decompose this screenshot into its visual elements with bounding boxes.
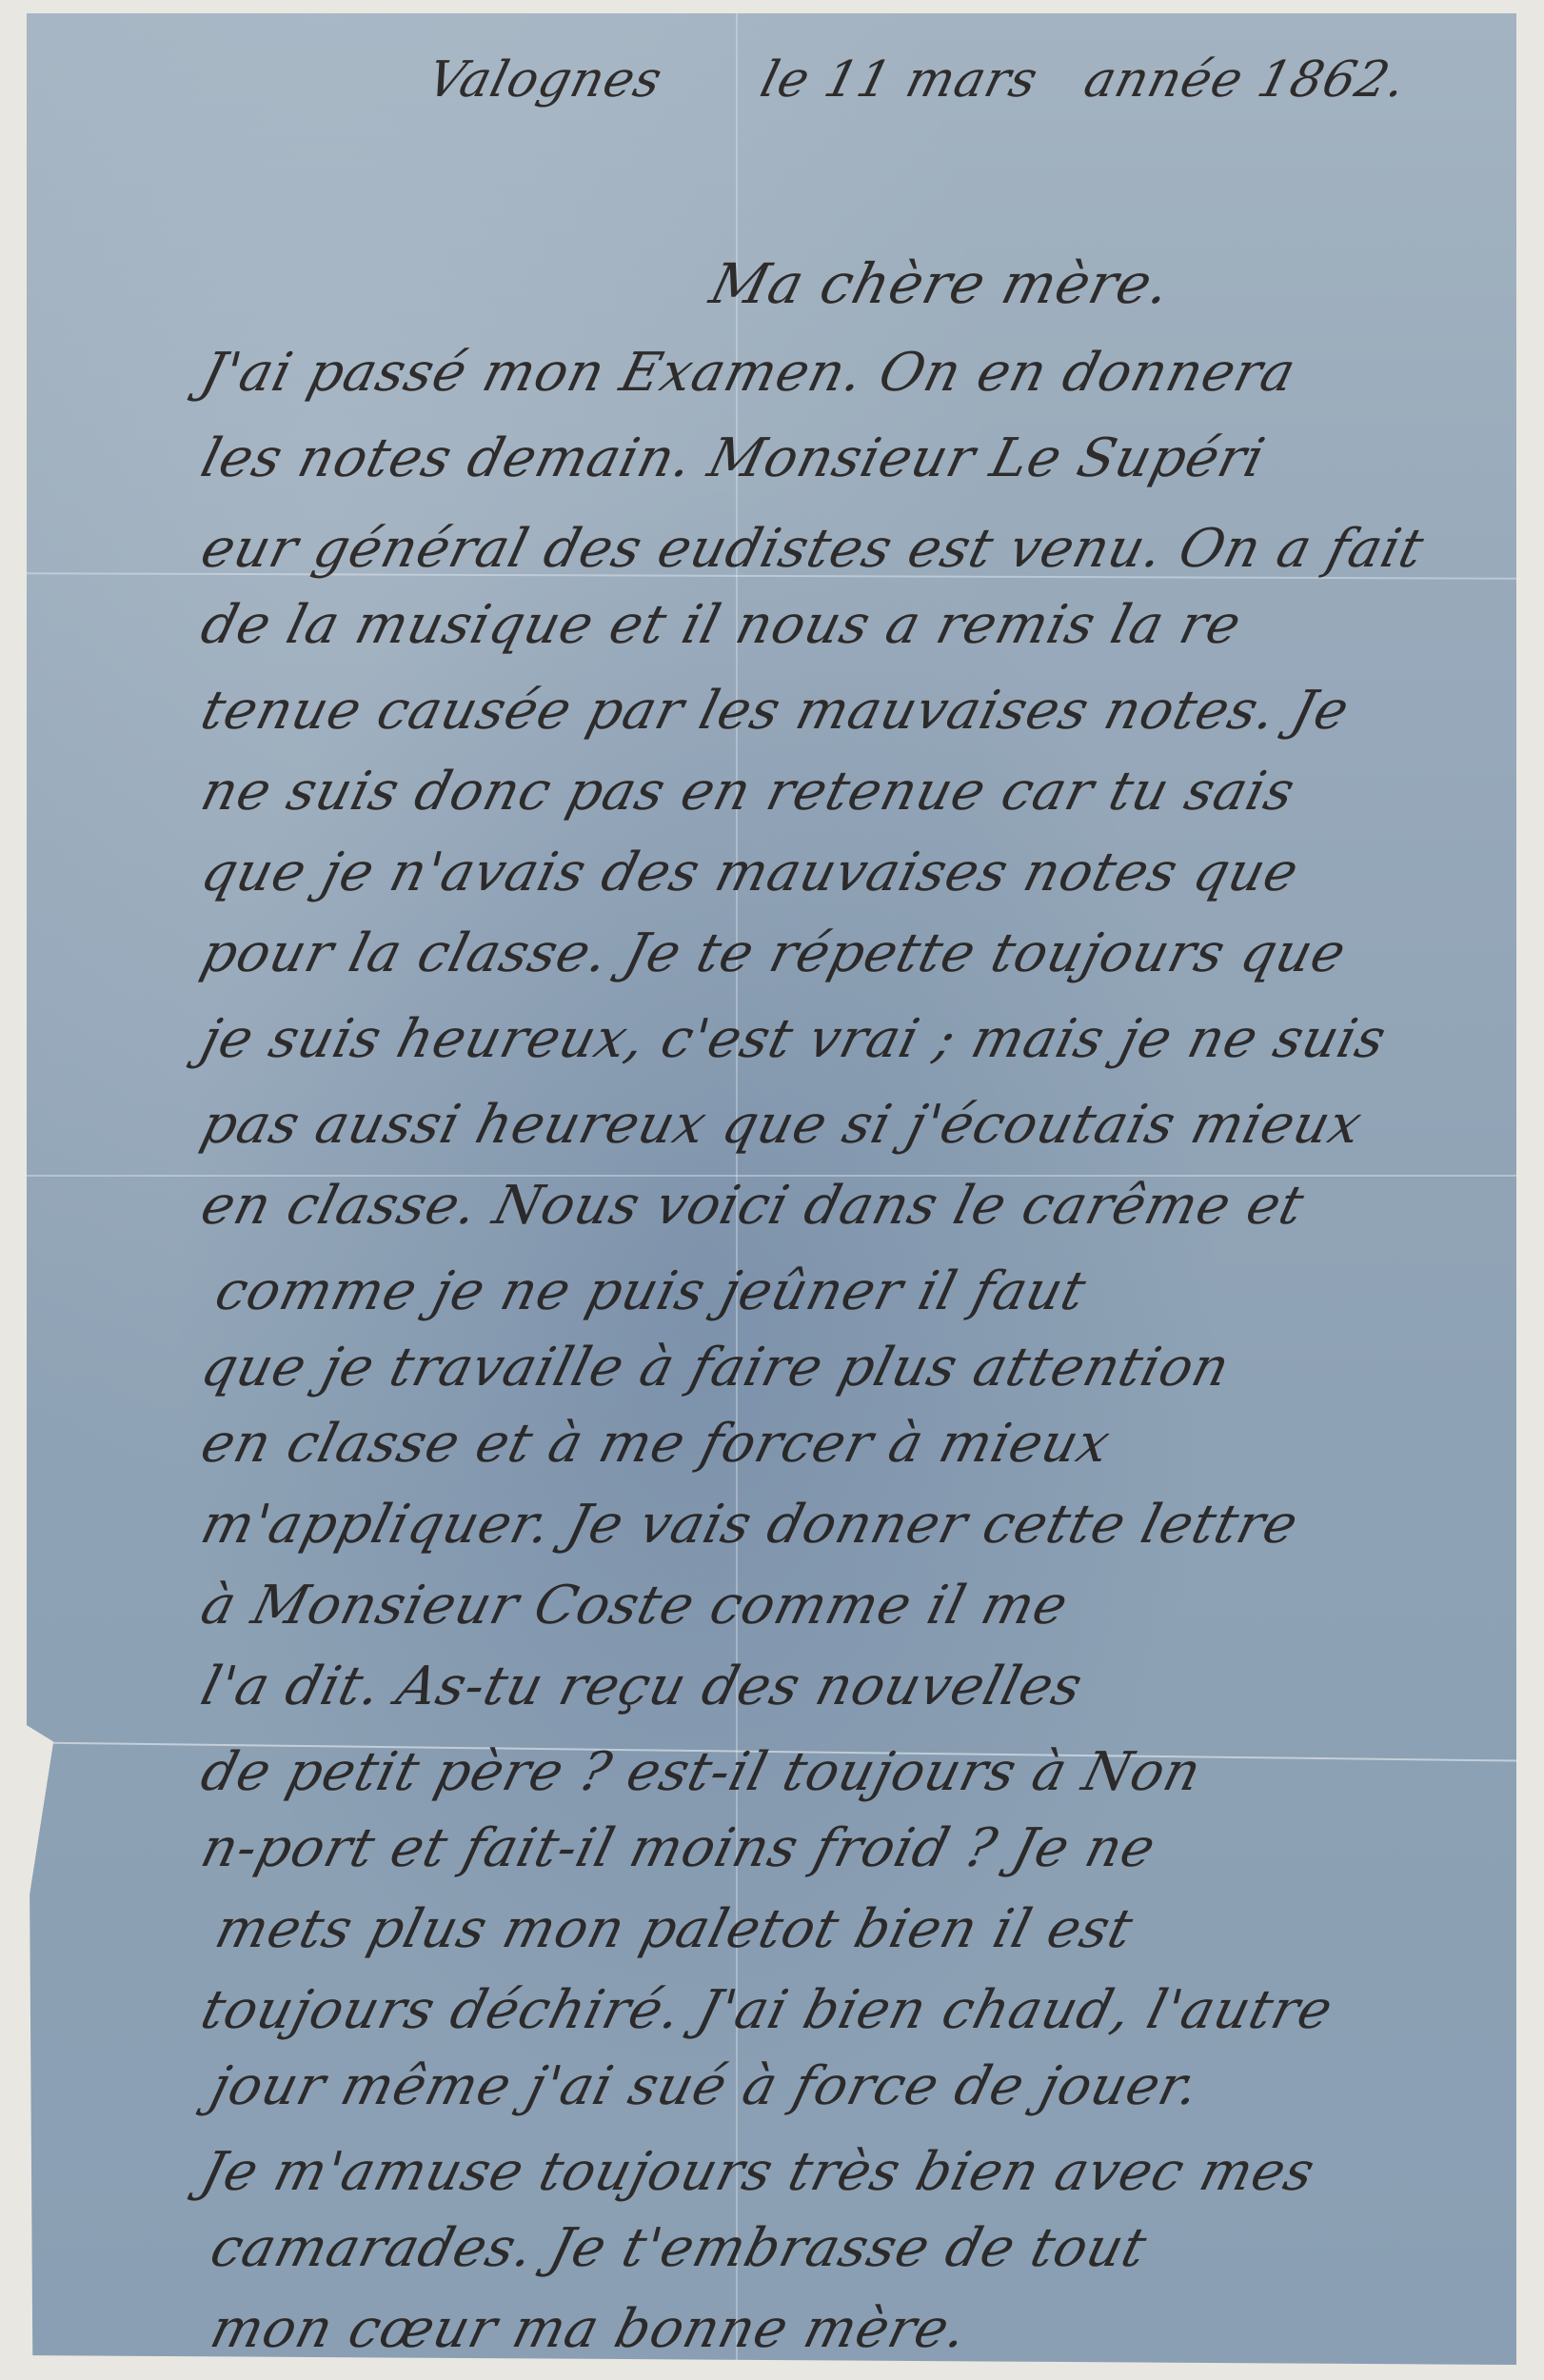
header-year: année 1862. xyxy=(1079,51,1413,109)
body-line: en classe et à me forcer à mieux xyxy=(195,1413,1544,1475)
body-line: les notes demain. Monsieur Le Supéri xyxy=(195,427,1544,489)
header-date: le 11 mars xyxy=(755,51,1043,109)
body-line: que je n'avais des mauvaises notes que xyxy=(195,842,1544,903)
body-line: mets plus mon paletot bien il est xyxy=(209,1898,1544,1960)
body-line: en classe. Nous voici dans le carême et xyxy=(195,1175,1544,1237)
body-line: comme je ne puis jeûner il faut xyxy=(209,1260,1544,1322)
body-line: à Monsieur Coste comme il me xyxy=(195,1575,1544,1636)
body-line: de petit père ? est-il toujours à Non xyxy=(195,1741,1544,1803)
body-line: que je travaille à faire plus attention xyxy=(195,1337,1544,1398)
body-line: pour la classe. Je te répette toujours q… xyxy=(195,922,1544,984)
body-line: l'a dit. As-tu reçu des nouvelles xyxy=(195,1656,1544,1717)
body-line: m'appliquer. Je vais donner cette lettre xyxy=(195,1494,1544,1556)
header-place: Valognes xyxy=(422,51,668,109)
body-line: n-port et fait-il moins froid ? Je ne xyxy=(195,1817,1544,1879)
body-line: tenue causée par les mauvaises notes. Je xyxy=(195,680,1544,742)
body-line: J'ai passé mon Examen. On en donnera xyxy=(195,342,1544,404)
body-line: je suis heureux, c'est vrai ; mais je ne… xyxy=(195,1008,1544,1070)
body-line: jour même j'ai sué à force de jouer. xyxy=(205,2055,1544,2117)
body-line: camarades. Je t'embrasse de tout xyxy=(205,2217,1544,2279)
salutation: Ma chère mère. xyxy=(704,251,1544,316)
body-line: Je m'amuse toujours très bien avec mes xyxy=(195,2141,1544,2203)
letter-paper: Valognes le 11 mars année 1862. Ma chère… xyxy=(27,13,1516,2365)
body-line: de la musique et il nous a remis la re xyxy=(195,594,1544,656)
body-line: toujours déchiré. J'ai bien chaud, l'aut… xyxy=(195,1979,1544,2041)
body-line: eur général des eudistes est venu. On a … xyxy=(195,518,1544,580)
body-line: ne suis donc pas en retenue car tu sais xyxy=(195,761,1544,823)
body-line: pas aussi heureux que si j'écoutais mieu… xyxy=(195,1094,1544,1156)
closing-line: mon cœur ma bonne mère. xyxy=(205,2298,1544,2360)
